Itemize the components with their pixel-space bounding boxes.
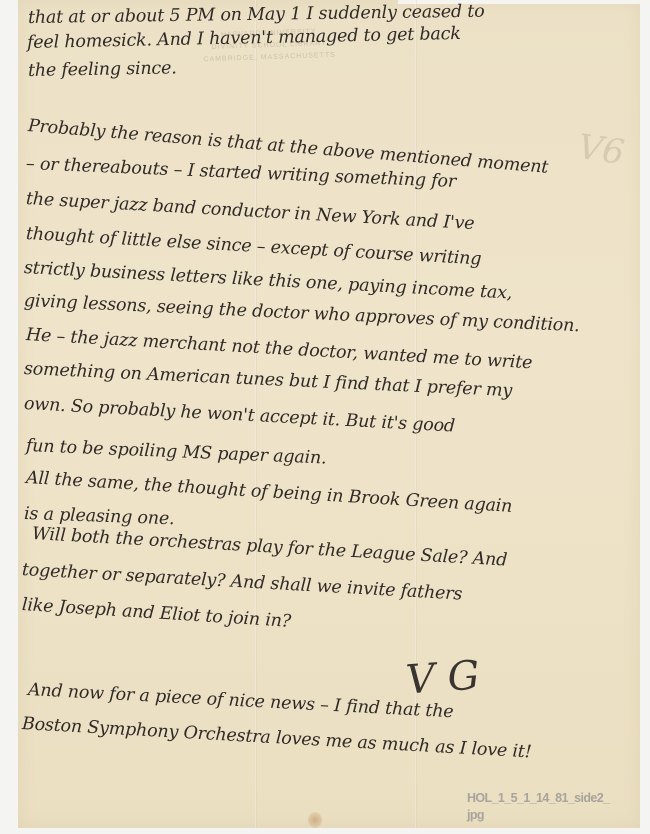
filename-extension: jpg xyxy=(467,807,609,824)
paper-stain xyxy=(308,812,322,828)
letter-line: Boston Symphony Orchestra loves me as mu… xyxy=(21,714,532,762)
filename-line: HOL_1_5_1_14_81_side2_ xyxy=(467,790,609,807)
letter-line: the feeling since. xyxy=(28,58,177,81)
margin-mark: V6 xyxy=(575,127,626,173)
letter-line: own. So probably he won't accept it. But… xyxy=(23,394,455,437)
filename-label: HOL_1_5_1_14_81_side2_ jpg xyxy=(467,790,609,824)
letter-line: fun to be spoiling MS paper again. xyxy=(26,436,327,469)
letter-line: together or separately? And shall we inv… xyxy=(21,560,462,605)
paper-sheet: HARVARD UNIVERSITY DIVINITY SCHOOL LIBRA… xyxy=(18,0,640,828)
signature: V G xyxy=(404,652,481,703)
letter-line: like Joseph and Eliot to join in? xyxy=(21,595,291,632)
scanned-letter-page: HARVARD UNIVERSITY DIVINITY SCHOOL LIBRA… xyxy=(0,0,650,834)
letter-line: And now for a piece of nice news – I fin… xyxy=(27,680,454,722)
